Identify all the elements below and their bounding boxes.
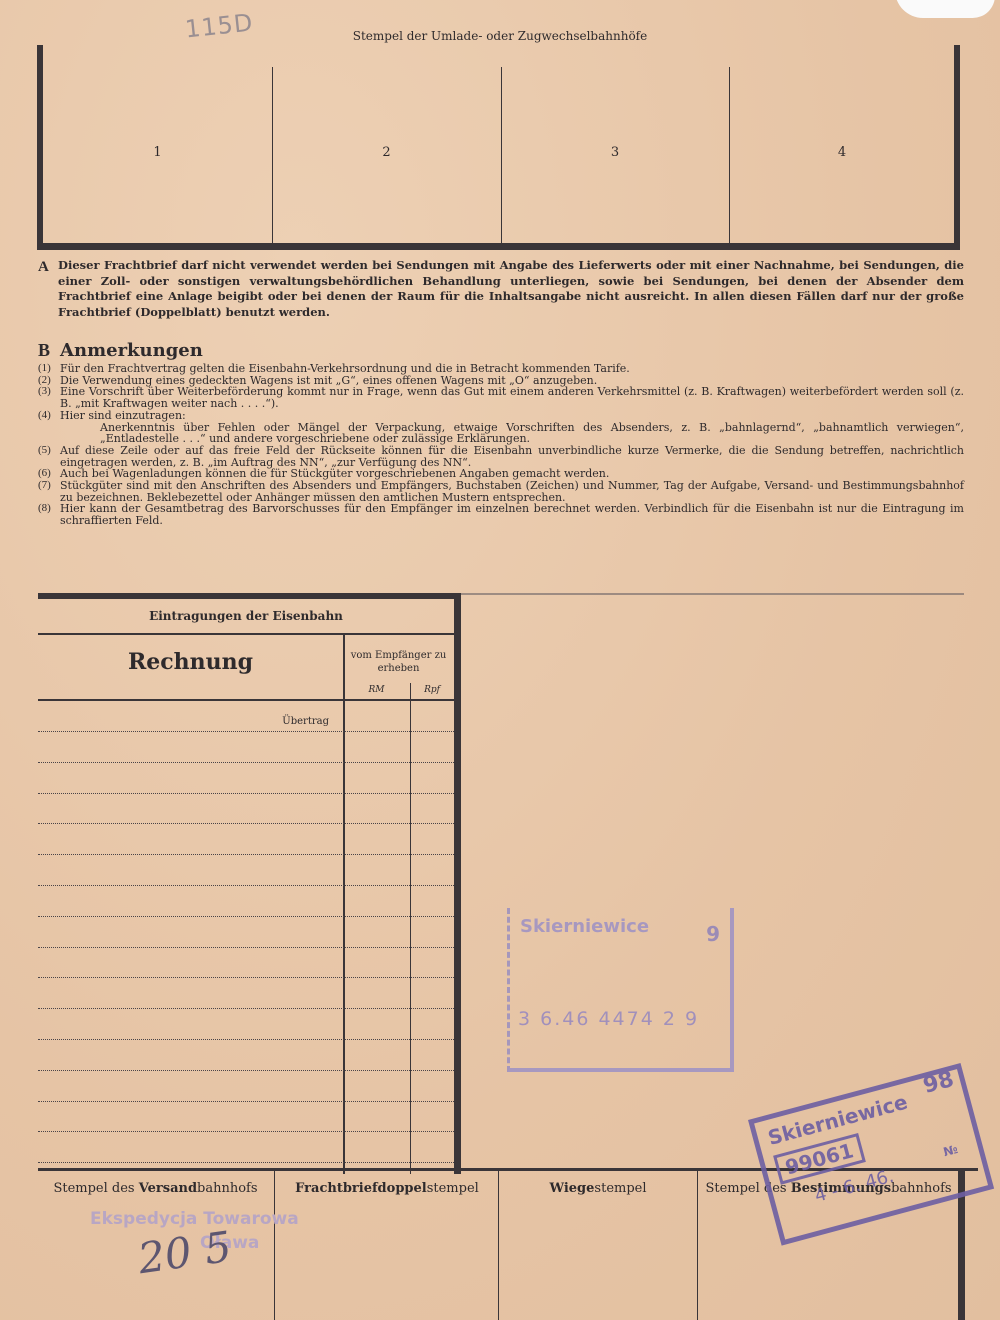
table-row[interactable] — [38, 731, 454, 732]
rm-column-header: RM — [343, 685, 410, 695]
transfer-stations-title: Stempel der Umlade- oder Zugwechselbahnh… — [0, 29, 1000, 43]
note-5: (5)Auf diese Zeile oder auf das freie Fe… — [38, 445, 964, 468]
uebertrag-label: Übertrag — [282, 716, 329, 727]
note-8: (8)Hier kann der Gesamtbetrag des Barvor… — [38, 503, 964, 526]
notes-list: (1)Für den Frachtvertrag gelten die Eise… — [38, 363, 964, 527]
note-4-detail: Anerkenntnis über Fehlen oder Mängel der… — [38, 422, 964, 445]
table-row[interactable] — [38, 854, 454, 855]
stamp-cell-4[interactable]: 4 — [729, 67, 955, 243]
column-divider — [343, 635, 345, 1174]
stamp-cell-3[interactable]: 3 — [501, 67, 730, 243]
note-4: (4)Hier sind einzutragen: — [38, 410, 964, 422]
table-row[interactable] — [38, 947, 454, 948]
rechnung-title: Rechnung — [38, 649, 343, 675]
note-7: (7)Stückgüter sind mit den Anschriften d… — [38, 480, 964, 503]
table-row[interactable] — [38, 916, 454, 917]
rechnung-table: Eintragungen der Eisenbahn Rechnung vom … — [38, 593, 461, 1174]
rechnung-header-row: Rechnung vom Empfänger zu erheben RM Rpf — [38, 635, 454, 701]
table-row[interactable] — [38, 762, 454, 763]
table-row[interactable] — [38, 1070, 454, 1071]
transit-station-stamp: Skierniewice 9 3 6.46 4474 2 9 — [507, 908, 734, 1072]
table-row[interactable] — [38, 793, 454, 794]
table-row[interactable] — [38, 1008, 454, 1009]
transfer-stations-box: 1 2 3 4 — [37, 45, 960, 250]
note-3: (3)Eine Vorschrift über Weiterbeförderun… — [38, 386, 964, 409]
table-row[interactable] — [38, 1131, 454, 1132]
table-row[interactable] — [38, 1101, 454, 1102]
section-a-text: Dieser Frachtbrief darf nicht verwendet … — [58, 258, 964, 320]
table-row[interactable] — [38, 885, 454, 886]
table-row[interactable] — [38, 1162, 454, 1163]
note-1: (1)Für den Frachtvertrag gelten die Eise… — [38, 363, 964, 375]
table-row[interactable] — [38, 977, 454, 978]
torn-corner — [895, 0, 995, 18]
weighing-stamp-box[interactable]: Wiegestempel — [498, 1171, 697, 1320]
table-row[interactable] — [38, 1039, 454, 1040]
stamp-cell-2[interactable]: 2 — [272, 67, 502, 243]
section-a: A Dieser Frachtbrief darf nicht verwende… — [38, 258, 964, 320]
duplicate-waybill-stamp-box[interactable]: Frachtbriefdoppelstempel — [274, 1171, 499, 1320]
railway-entries-header: Eintragungen der Eisenbahn — [38, 599, 454, 635]
right-blank-area-border — [454, 593, 964, 595]
rpf-column-header: Rpf — [410, 685, 454, 695]
amount-header: vom Empfänger zu erheben — [343, 649, 454, 675]
section-a-letter: A — [38, 260, 49, 276]
table-row[interactable] — [38, 823, 454, 824]
stamp-cell-1[interactable]: 1 — [43, 67, 273, 243]
section-b-heading: BAnmerkungen — [38, 340, 203, 361]
